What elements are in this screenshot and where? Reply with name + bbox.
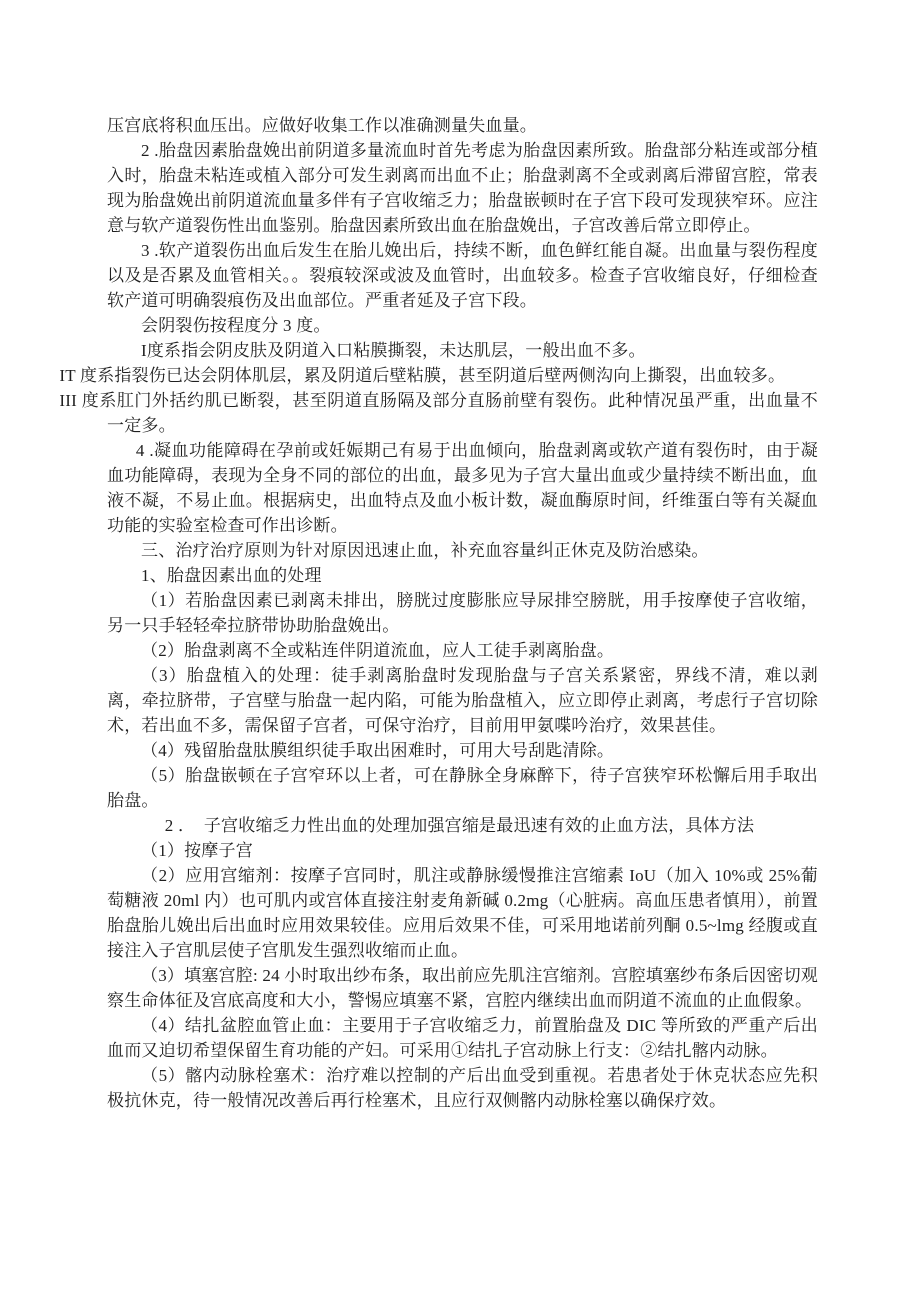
document-text-block: 压宫底将积血压出。应做好收集工作以准确测量失血量。 2 .胎盘因素胎盘娩出前阴道… bbox=[107, 113, 818, 1113]
paragraph-continuation: 压宫底将积血压出。应做好收集工作以准确测量失血量。 bbox=[107, 113, 818, 138]
paragraph-item-1-bladder: （1）若胎盘因素已剥离未排出，膀胱过度膨胀应导尿排空膀胱，用手按摩使子宫收缩，另… bbox=[107, 588, 818, 638]
paragraph-item-2-uterotonics: （2）应用宫缩剂：按摩子宫同时，肌注或静脉缓慢推注宫缩素 IoU（加入 10%或… bbox=[107, 863, 818, 963]
paragraph-item-3-uterine-packing: （3）填塞宫腔: 24 小时取出纱布条，取出前应先肌注宫缩剂。宫腔填塞纱布条后因… bbox=[107, 963, 818, 1013]
paragraph-perineal-laceration: 会阴裂伤按程度分 3 度。 bbox=[107, 313, 818, 338]
paragraph-placental-bleeding-heading: 1、胎盘因素出血的处理 bbox=[107, 563, 818, 588]
paragraph-item-1-massage: （1）按摩子宫 bbox=[107, 838, 818, 863]
paragraph-2-placental-factors: 2 .胎盘因素胎盘娩出前阴道多量流血时首先考虑为胎盘因素所致。胎盘部分粘连或部分… bbox=[107, 138, 818, 238]
paragraph-degree-2: IT 度系指裂伤已达会阴体肌层，累及阴道后壁粘膜，甚至阴道后壁两侧沟向上撕裂，出… bbox=[107, 363, 818, 388]
paragraph-item-4-curettage: （4）残留胎盘肽膜组织徒手取出困难时，可用大号刮匙清除。 bbox=[107, 738, 818, 763]
paragraph-item-5-embolization: （5）髂内动脉栓塞术：治疗难以控制的产后出血受到重视。若患者处于休克状态应先积极… bbox=[107, 1063, 818, 1113]
paragraph-degree-3: III 度系肛门外括约肌已断裂，甚至阴道直肠隔及部分直肠前壁有裂伤。此种情况虽严… bbox=[107, 388, 818, 438]
paragraph-3-soft-birth-canal: 3 .软产道裂伤出血后发生在胎儿娩出后，持续不断，血色鲜红能自凝。出血量与裂伤程… bbox=[107, 238, 818, 313]
paragraph-item-5-incarceration: （5）胎盘嵌顿在子宫窄环以上者，可在静脉全身麻醉下，待子宫狭窄环松懈后用手取出胎… bbox=[107, 763, 818, 813]
paragraph-4-coagulation-disorder: 4 .凝血功能障碍在孕前或妊娠期己有易于出血倾向，胎盘剥离或软产道有裂伤时，由于… bbox=[107, 438, 818, 538]
paragraph-degree-1: I度系指会阴皮肤及阴道入口粘膜撕裂，未达肌层，一般出血不多。 bbox=[107, 338, 818, 363]
document-page: 压宫底将积血压出。应做好收集工作以准确测量失血量。 2 .胎盘因素胎盘娩出前阴道… bbox=[0, 0, 920, 1301]
paragraph-item-2-manual-removal: （2）胎盘剥离不全或粘连伴阴道流血，应人工徒手剥离胎盘。 bbox=[107, 638, 818, 663]
paragraph-uterine-atony-heading: 2 ． 子宫收缩乏力性出血的处理加强宫缩是最迅速有效的止血方法，具体方法 bbox=[107, 813, 818, 838]
paragraph-treatment-principle: 三、治疗治疗原则为针对原因迅速止血，补充血容量纠正休克及防治感染。 bbox=[107, 538, 818, 563]
paragraph-item-3-placenta-accreta: （3）胎盘植入的处理：徒手剥离胎盘时发现胎盘与子宫关系紧密，界线不清，难以剥离，… bbox=[107, 663, 818, 738]
paragraph-item-4-vessel-ligation: （4）结扎盆腔血管止血：主要用于子宫收缩乏力，前置胎盘及 DIC 等所致的严重产… bbox=[107, 1013, 818, 1063]
